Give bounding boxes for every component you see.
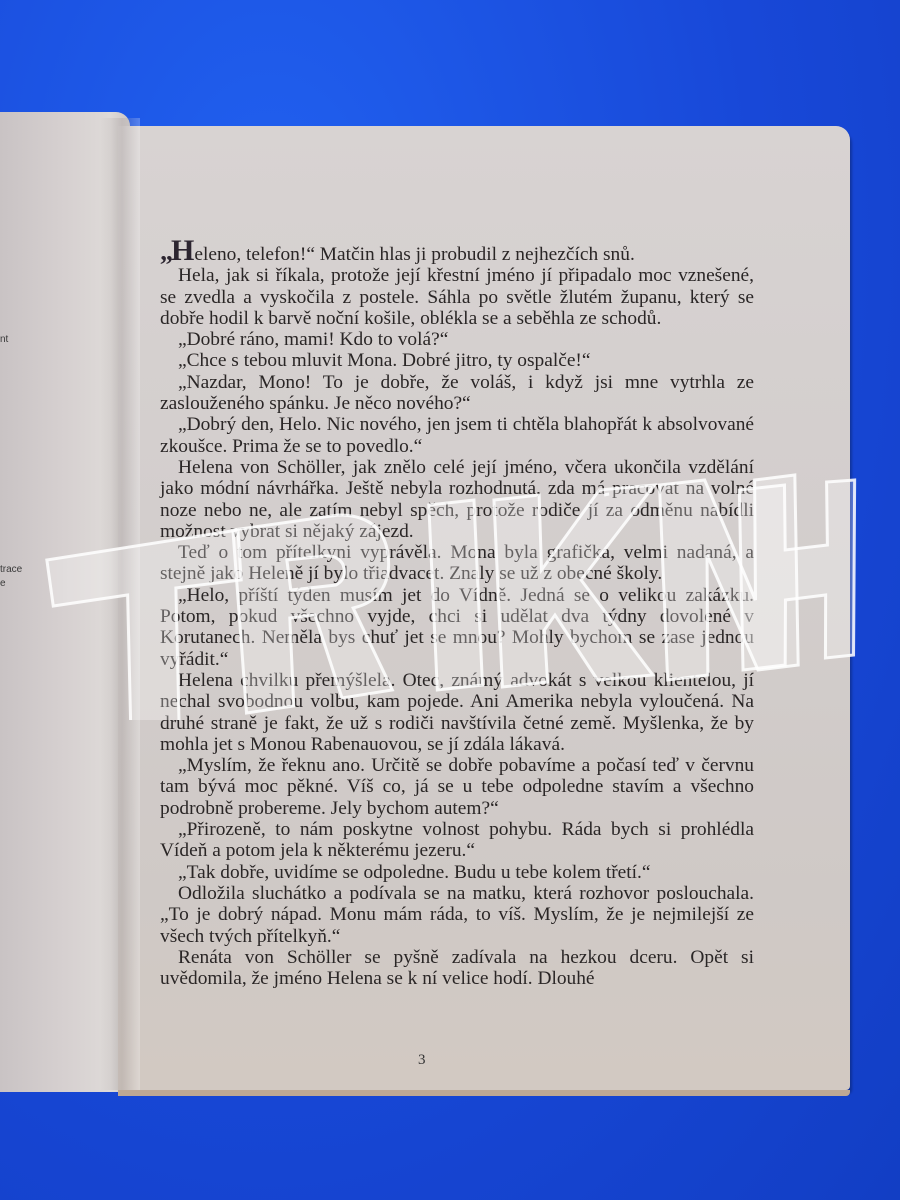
photo-scene: nt trace e „Heleno, telefon!“ Matčin hla… — [0, 0, 900, 1200]
drop-cap: H — [171, 234, 194, 267]
left-page-snippet: nt — [0, 334, 8, 345]
paragraph: Odložila sluchátko a podívala se na matk… — [160, 883, 754, 947]
left-page-snippet: e — [0, 578, 6, 589]
page-body-text: „Heleno, telefon!“ Matčin hlas ji probud… — [160, 241, 754, 989]
paragraph: Helena von Schöller, jak znělo celé její… — [160, 457, 754, 542]
left-page-snippet: trace — [0, 564, 22, 575]
paragraph: „Helo, příští týden musím jet do Vídně. … — [160, 585, 754, 670]
paragraph: Renáta von Schöller se pyšně zadívala na… — [160, 947, 754, 990]
paragraph: Teď o tom přítelkyni vyprávěla. Mona byl… — [160, 542, 754, 585]
paragraph: Helena chvilku přemýšlela. Otec, známý a… — [160, 670, 754, 755]
page-number: 3 — [418, 1052, 426, 1069]
paragraph: „Dobré ráno, mami! Kdo to volá?“ — [160, 329, 754, 350]
paragraph: „Dobrý den, Helo. Nic nového, jen jsem t… — [160, 414, 754, 457]
paragraph: Hela, jak si říkala, protože její křestn… — [160, 265, 754, 329]
paragraph: „Chce s tebou mluvit Mona. Dobré jitro, … — [160, 350, 754, 371]
paragraph: „Přirozeně, to nám poskytne volnost pohy… — [160, 819, 754, 862]
paragraph: „Tak dobře, uvidíme se odpoledne. Budu u… — [160, 862, 754, 883]
paragraph: „Myslím, že řeknu ano. Určitě se dobře p… — [160, 755, 754, 819]
book-page: „Heleno, telefon!“ Matčin hlas ji probud… — [118, 126, 850, 1090]
opening-quote: „ — [160, 237, 171, 266]
book-spine-fold — [100, 118, 140, 1090]
paragraph: „Heleno, telefon!“ Matčin hlas ji probud… — [160, 241, 754, 265]
page-edge — [118, 1090, 850, 1096]
paragraph: „Nazdar, Mono! To je dobře, že voláš, i … — [160, 372, 754, 415]
